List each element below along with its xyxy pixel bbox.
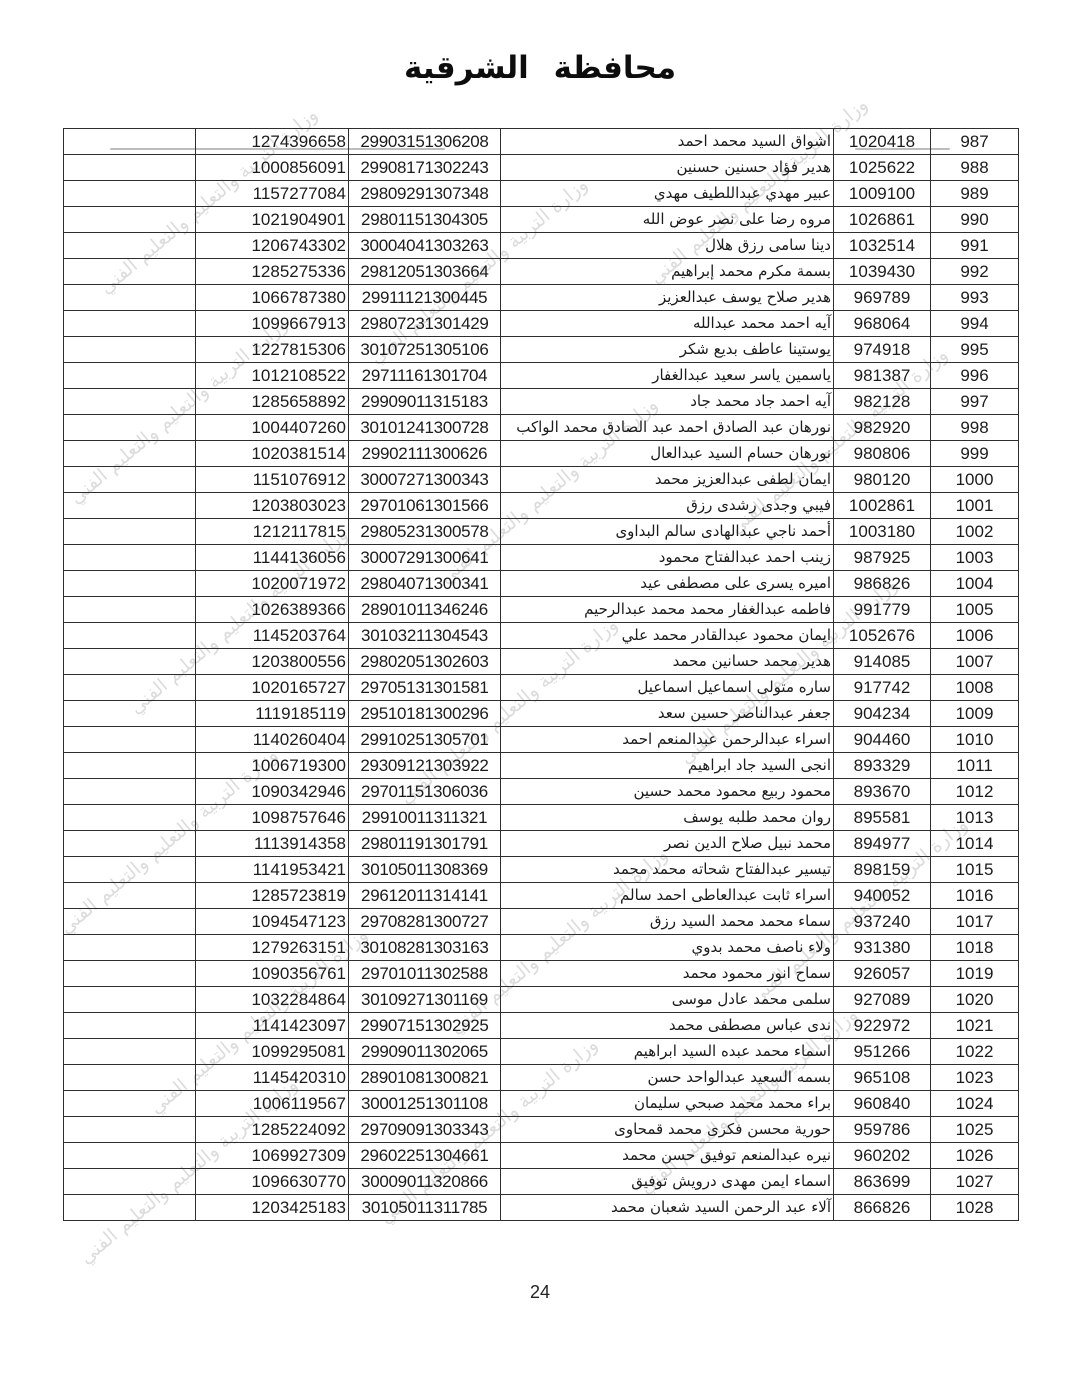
cell-blank [64,545,196,571]
cell-serial: 999 [931,441,1019,467]
cell-blank [64,909,196,935]
cell-national_id: 29909011302065 [349,1039,501,1065]
cell-number: 1099667913 [196,311,349,337]
cell-blank [64,441,196,467]
table-row: 10011002861فيبي وجدى رشدى رزق29701061301… [64,493,1019,519]
cell-name: بسمة مكرم محمد إبراهيم [501,259,834,285]
cell-number: 1144136056 [196,545,349,571]
cell-serial: 1025 [931,1117,1019,1143]
table-row: 999980806نورهان حسام السيد عبدالعال29902… [64,441,1019,467]
cell-serial: 1020 [931,987,1019,1013]
cell-serial: 1023 [931,1065,1019,1091]
cell-number: 1012108522 [196,363,349,389]
cell-blank [64,675,196,701]
cell-blank [64,181,196,207]
cell-name: هدير فؤاد حسنين حسنين [501,155,834,181]
cell-national_id: 29903151306208 [349,129,501,155]
cell-blank [64,337,196,363]
cell-code: 991779 [834,597,931,623]
cell-number: 1141953421 [196,857,349,883]
table-row: 1017937240سماء محمد محمد السيد رزق297082… [64,909,1019,935]
cell-blank [64,415,196,441]
cell-blank [64,129,196,155]
cell-national_id: 30109271301169 [349,987,501,1013]
cell-blank [64,883,196,909]
cell-name: محمود ربيع محمود محمد حسين [501,779,834,805]
cell-national_id: 29909011315183 [349,389,501,415]
cell-code: 1039430 [834,259,931,285]
cell-number: 1274396658 [196,129,349,155]
cell-name: جعفر عبدالناصر حسين سعد [501,701,834,727]
cell-national_id: 30001251301108 [349,1091,501,1117]
cell-blank [64,961,196,987]
cell-name: اسراء ثابت عبدالعاطى احمد سالم [501,883,834,909]
cell-blank [64,831,196,857]
cell-blank [64,285,196,311]
cell-national_id: 29708281300727 [349,909,501,935]
cell-blank [64,597,196,623]
cell-code: 1009100 [834,181,931,207]
cell-serial: 1027 [931,1169,1019,1195]
table-row: 995974918يوستينا عاطف بديع شكر3010725130… [64,337,1019,363]
cell-number: 1069927309 [196,1143,349,1169]
cell-code: 968064 [834,311,931,337]
cell-code: 987925 [834,545,931,571]
cell-serial: 1006 [931,623,1019,649]
cell-name: يوستينا عاطف بديع شكر [501,337,834,363]
table-row: 996981387ياسمين ياسر سعيد عبدالغفار29711… [64,363,1019,389]
cell-national_id: 29802051302603 [349,649,501,675]
cell-code: 1026861 [834,207,931,233]
cell-serial: 1003 [931,545,1019,571]
cell-code: 926057 [834,961,931,987]
cell-serial: 1021 [931,1013,1019,1039]
cell-number: 1066787380 [196,285,349,311]
cell-code: 959786 [834,1117,931,1143]
table-row: 1025959786حورية محسن فكرى محمد قمحاوى297… [64,1117,1019,1143]
table-row: 1022951266اسماء محمد عبده السيد ابراهيم2… [64,1039,1019,1065]
cell-code: 927089 [834,987,931,1013]
cell-code: 937240 [834,909,931,935]
cell-name: ايمان لطفى عبدالعزيز محمد [501,467,834,493]
cell-number: 1203425183 [196,1195,349,1221]
cell-serial: 991 [931,233,1019,259]
cell-serial: 1018 [931,935,1019,961]
cell-national_id: 29701011302588 [349,961,501,987]
table-row: 9911032514دينا سامى رزق هلال300040413032… [64,233,1019,259]
cell-serial: 1028 [931,1195,1019,1221]
cell-national_id: 29910251305701 [349,727,501,753]
cell-name: دينا سامى رزق هلال [501,233,834,259]
cell-serial: 998 [931,415,1019,441]
cell-number: 1020071972 [196,571,349,597]
table-row: 1028866826آلاء عبد الرحمن السيد شعبان مح… [64,1195,1019,1221]
table-row: 1027863699اسماء ايمن مهدى درويش توفيق300… [64,1169,1019,1195]
cell-national_id: 29801191301791 [349,831,501,857]
cell-code: 1052676 [834,623,931,649]
cell-serial: 1017 [931,909,1019,935]
cell-name: حورية محسن فكرى محمد قمحاوى [501,1117,834,1143]
cell-national_id: 29908171302243 [349,155,501,181]
cell-code: 914085 [834,649,931,675]
cell-serial: 1007 [931,649,1019,675]
cell-number: 1145203764 [196,623,349,649]
cell-name: آلاء عبد الرحمن السيد شعبان محمد [501,1195,834,1221]
cell-serial: 1011 [931,753,1019,779]
cell-number: 1090342946 [196,779,349,805]
cell-number: 1203803023 [196,493,349,519]
cell-name: نيره عبدالمنعم توفيق حسن محمد [501,1143,834,1169]
cell-blank [64,623,196,649]
cell-national_id: 29701151306036 [349,779,501,805]
cell-blank [64,389,196,415]
cell-number: 1020165727 [196,675,349,701]
cell-serial: 1012 [931,779,1019,805]
cell-national_id: 29612011314141 [349,883,501,909]
cell-blank [64,1039,196,1065]
cell-name: انجى السيد جاد ابراهيم [501,753,834,779]
cell-blank [64,207,196,233]
cell-national_id: 29805231300578 [349,519,501,545]
cell-blank [64,311,196,337]
cell-name: ساره متولى اسماعيل اسماعيل [501,675,834,701]
cell-code: 893329 [834,753,931,779]
cell-name: نورهان عبد الصادق احمد عبد الصادق محمد ا… [501,415,834,441]
cell-blank [64,857,196,883]
table-row: 9921039430بسمة مكرم محمد إبراهيم29812051… [64,259,1019,285]
table-row: 1011893329انجى السيد جاد ابراهيم29309121… [64,753,1019,779]
cell-blank [64,1065,196,1091]
table-row: 1016940052اسراء ثابت عبدالعاطى احمد سالم… [64,883,1019,909]
cell-national_id: 30108281303163 [349,935,501,961]
table-row: 1014894977محمد نبيل صلاح الدين نصر298011… [64,831,1019,857]
cell-national_id: 29705131301581 [349,675,501,701]
cell-name: نورهان حسام السيد عبدالعال [501,441,834,467]
table-row: 9891009100عبير مهدي عبداللطيف مهدي298092… [64,181,1019,207]
cell-number: 1279263151 [196,935,349,961]
cell-serial: 1019 [931,961,1019,987]
cell-blank [64,233,196,259]
cell-national_id: 30009011320866 [349,1169,501,1195]
cell-code: 904460 [834,727,931,753]
cell-code: 960202 [834,1143,931,1169]
cell-blank [64,727,196,753]
cell-national_id: 28901081300821 [349,1065,501,1091]
cell-code: 898159 [834,857,931,883]
cell-number: 1212117815 [196,519,349,545]
cell-name: فاطمه عبدالغفار محمد محمد عبدالرحيم [501,597,834,623]
cell-national_id: 29907151302925 [349,1013,501,1039]
cell-number: 1096630770 [196,1169,349,1195]
cell-number: 1203800556 [196,649,349,675]
table-row: 1013895581روان محمد طلبه يوسف29910011311… [64,805,1019,831]
roster-body: 9871020418اشواق السيد محمد احمد299031513… [64,129,1019,1221]
cell-name: هدير صلاح يوسف عبدالعزيز [501,285,834,311]
cell-blank [64,805,196,831]
cell-code: 974918 [834,337,931,363]
table-row: 993969789هدير صلاح يوسف عبدالعزيز2991112… [64,285,1019,311]
cell-serial: 990 [931,207,1019,233]
cell-national_id: 29807231301429 [349,311,501,337]
cell-national_id: 29812051303664 [349,259,501,285]
cell-blank [64,519,196,545]
table-row: 10021003180أحمد ناجي عبدالهادى سالم البد… [64,519,1019,545]
cell-number: 1140260404 [196,727,349,753]
cell-national_id: 30103211304543 [349,623,501,649]
table-row: 1008917742ساره متولى اسماعيل اسماعيل2970… [64,675,1019,701]
cell-code: 904234 [834,701,931,727]
cell-code: 863699 [834,1169,931,1195]
cell-name: ياسمين ياسر سعيد عبدالغفار [501,363,834,389]
cell-code: 986826 [834,571,931,597]
document-page: وزارة التربية والتعليم والتعليم الفني وز… [0,0,1080,1398]
cell-national_id: 29911121300445 [349,285,501,311]
cell-number: 1285224092 [196,1117,349,1143]
table-row: 1012893670محمود ربيع محمود محمد حسين2970… [64,779,1019,805]
cell-code: 1032514 [834,233,931,259]
cell-blank [64,493,196,519]
cell-serial: 1010 [931,727,1019,753]
cell-serial: 996 [931,363,1019,389]
cell-serial: 1001 [931,493,1019,519]
cell-code: 1003180 [834,519,931,545]
cell-number: 1227815306 [196,337,349,363]
cell-name: عبير مهدي عبداللطيف مهدي [501,181,834,207]
cell-serial: 987 [931,129,1019,155]
table-row: 1015898159تيسير عبدالفتاح شحاته محمد محم… [64,857,1019,883]
cell-national_id: 30105011308369 [349,857,501,883]
cell-number: 1020381514 [196,441,349,467]
cell-serial: 1002 [931,519,1019,545]
table-row: 9901026861مروه رضا على نصر عوض الله29801… [64,207,1019,233]
table-row: 997982128آيه احمد جاد محمد جاد2990901131… [64,389,1019,415]
cell-blank [64,1117,196,1143]
cell-national_id: 30105011311785 [349,1195,501,1221]
cell-serial: 1014 [931,831,1019,857]
cell-name: تيسير عبدالفتاح شحاته محمد محمد [501,857,834,883]
cell-name: بسمه السعيد عبدالواحد حسن [501,1065,834,1091]
cell-national_id: 30004041303263 [349,233,501,259]
cell-national_id: 29804071300341 [349,571,501,597]
cell-number: 1206743302 [196,233,349,259]
table-row: 9881025622هدير فؤاد حسنين حسنين299081713… [64,155,1019,181]
page-number: 24 [0,1282,1080,1303]
cell-name: ندى عباس مصطفى محمد [501,1013,834,1039]
cell-national_id: 29910011311321 [349,805,501,831]
table-row: 1010904460اسراء عبدالرحمن عبدالمنعم احمد… [64,727,1019,753]
cell-number: 1285723819 [196,883,349,909]
cell-number: 1026389366 [196,597,349,623]
cell-blank [64,467,196,493]
cell-number: 1285658892 [196,389,349,415]
cell-number: 1090356761 [196,961,349,987]
table-row: 9871020418اشواق السيد محمد احمد299031513… [64,129,1019,155]
cell-number: 1285275336 [196,259,349,285]
cell-name: مروه رضا على نصر عوض الله [501,207,834,233]
cell-name: براء محمد محمد صبحي سليمان [501,1091,834,1117]
cell-national_id: 29510181300296 [349,701,501,727]
cell-national_id: 29709091303343 [349,1117,501,1143]
cell-code: 895581 [834,805,931,831]
cell-name: سماح انور محمود محمد [501,961,834,987]
cell-serial: 988 [931,155,1019,181]
cell-number: 1119185119 [196,701,349,727]
cell-number: 1021904901 [196,207,349,233]
cell-code: 917742 [834,675,931,701]
cell-code: 982920 [834,415,931,441]
cell-serial: 1004 [931,571,1019,597]
table-row: 1026960202نيره عبدالمنعم توفيق حسن محمد2… [64,1143,1019,1169]
table-row: 1024960840براء محمد محمد صبحي سليمان3000… [64,1091,1019,1117]
cell-name: آيه احمد جاد محمد جاد [501,389,834,415]
cell-blank [64,1091,196,1117]
cell-number: 1151076912 [196,467,349,493]
cell-name: سماء محمد محمد السيد رزق [501,909,834,935]
cell-code: 965108 [834,1065,931,1091]
cell-blank [64,1143,196,1169]
cell-name: اسماء ايمن مهدى درويش توفيق [501,1169,834,1195]
cell-serial: 1000 [931,467,1019,493]
cell-blank [64,779,196,805]
table-row: 1009904234جعفر عبدالناصر حسين سعد2951018… [64,701,1019,727]
table-row: 1018931380ولاء ناصف محمد بدوي30108281303… [64,935,1019,961]
table-row: 1003987925زينب احمد عبدالفتاح محمود30007… [64,545,1019,571]
cell-name: اسماء محمد عبده السيد ابراهيم [501,1039,834,1065]
table-row: 1021922972ندى عباس مصطفى محمد29907151302… [64,1013,1019,1039]
cell-code: 893670 [834,779,931,805]
cell-blank [64,701,196,727]
cell-serial: 992 [931,259,1019,285]
cell-number: 1145420310 [196,1065,349,1091]
cell-code: 981387 [834,363,931,389]
cell-national_id: 29602251304661 [349,1143,501,1169]
cell-national_id: 29701061301566 [349,493,501,519]
table-row: 1019926057سماح انور محمود محمد2970101130… [64,961,1019,987]
table-row: 994968064آيه احمد محمد عبدالله2980723130… [64,311,1019,337]
cell-code: 969789 [834,285,931,311]
roster-table: 9871020418اشواق السيد محمد احمد299031513… [63,128,1019,1221]
cell-name: فيبي وجدى رشدى رزق [501,493,834,519]
cell-national_id: 30007291300641 [349,545,501,571]
cell-name: سلمى محمد عادل موسى [501,987,834,1013]
cell-serial: 997 [931,389,1019,415]
cell-blank [64,1169,196,1195]
cell-blank [64,987,196,1013]
table-row: 1007914085هدير محمد حسانين محمد298020513… [64,649,1019,675]
cell-blank [64,1195,196,1221]
cell-name: زينب احمد عبدالفتاح محمود [501,545,834,571]
cell-serial: 1024 [931,1091,1019,1117]
cell-number: 1141423097 [196,1013,349,1039]
cell-serial: 1008 [931,675,1019,701]
cell-serial: 1005 [931,597,1019,623]
cell-code: 960840 [834,1091,931,1117]
cell-serial: 994 [931,311,1019,337]
cell-national_id: 29801151304305 [349,207,501,233]
cell-code: 866826 [834,1195,931,1221]
cell-code: 951266 [834,1039,931,1065]
cell-national_id: 30101241300728 [349,415,501,441]
table-row: 1023965108بسمه السعيد عبدالواحد حسن28901… [64,1065,1019,1091]
cell-national_id: 30007271300343 [349,467,501,493]
cell-code: 931380 [834,935,931,961]
cell-code: 1002861 [834,493,931,519]
cell-name: هدير محمد حسانين محمد [501,649,834,675]
cell-code: 1025622 [834,155,931,181]
cell-number: 1157277084 [196,181,349,207]
cell-serial: 995 [931,337,1019,363]
cell-serial: 993 [931,285,1019,311]
table-row: 1020927089سلمى محمد عادل موسى30109271301… [64,987,1019,1013]
cell-blank [64,935,196,961]
cell-blank [64,363,196,389]
cell-number: 1113914358 [196,831,349,857]
cell-number: 1094547123 [196,909,349,935]
cell-number: 1004407260 [196,415,349,441]
cell-name: ولاء ناصف محمد بدوي [501,935,834,961]
page-title: محافظة الشرقية [0,50,1080,86]
cell-serial: 989 [931,181,1019,207]
cell-national_id: 29711161301704 [349,363,501,389]
cell-name: أحمد ناجي عبدالهادى سالم البداوى [501,519,834,545]
cell-serial: 1013 [931,805,1019,831]
cell-code: 1020418 [834,129,931,155]
cell-blank [64,753,196,779]
cell-code: 894977 [834,831,931,857]
table-row: 1000980120ايمان لطفى عبدالعزيز محمد30007… [64,467,1019,493]
cell-national_id: 28901011346246 [349,597,501,623]
cell-national_id: 29902111300626 [349,441,501,467]
table-row: 10061052676ايمان محمود عبدالقادر محمد عل… [64,623,1019,649]
cell-name: روان محمد طلبه يوسف [501,805,834,831]
cell-number: 1032284864 [196,987,349,1013]
cell-code: 980120 [834,467,931,493]
cell-national_id: 30107251305106 [349,337,501,363]
cell-name: اشواق السيد محمد احمد [501,129,834,155]
cell-serial: 1015 [931,857,1019,883]
cell-blank [64,259,196,285]
cell-blank [64,1013,196,1039]
cell-name: آيه احمد محمد عبدالله [501,311,834,337]
cell-serial: 1016 [931,883,1019,909]
cell-name: محمد نبيل صلاح الدين نصر [501,831,834,857]
table-row: 1005991779فاطمه عبدالغفار محمد محمد عبدا… [64,597,1019,623]
cell-code: 982128 [834,389,931,415]
table-row: 1004986826اميره يسرى على مصطفى عيد298040… [64,571,1019,597]
cell-number: 1000856091 [196,155,349,181]
cell-name: ايمان محمود عبدالقادر محمد علي [501,623,834,649]
cell-blank [64,155,196,181]
cell-number: 1099295081 [196,1039,349,1065]
cell-blank [64,571,196,597]
cell-serial: 1022 [931,1039,1019,1065]
table-row: 998982920نورهان عبد الصادق احمد عبد الصا… [64,415,1019,441]
cell-number: 1006119567 [196,1091,349,1117]
cell-national_id: 29309121303922 [349,753,501,779]
cell-number: 1006719300 [196,753,349,779]
cell-blank [64,649,196,675]
cell-number: 1098757646 [196,805,349,831]
cell-serial: 1026 [931,1143,1019,1169]
cell-code: 940052 [834,883,931,909]
cell-serial: 1009 [931,701,1019,727]
cell-name: اسراء عبدالرحمن عبدالمنعم احمد [501,727,834,753]
cell-code: 922972 [834,1013,931,1039]
cell-code: 980806 [834,441,931,467]
cell-national_id: 29809291307348 [349,181,501,207]
cell-name: اميره يسرى على مصطفى عيد [501,571,834,597]
